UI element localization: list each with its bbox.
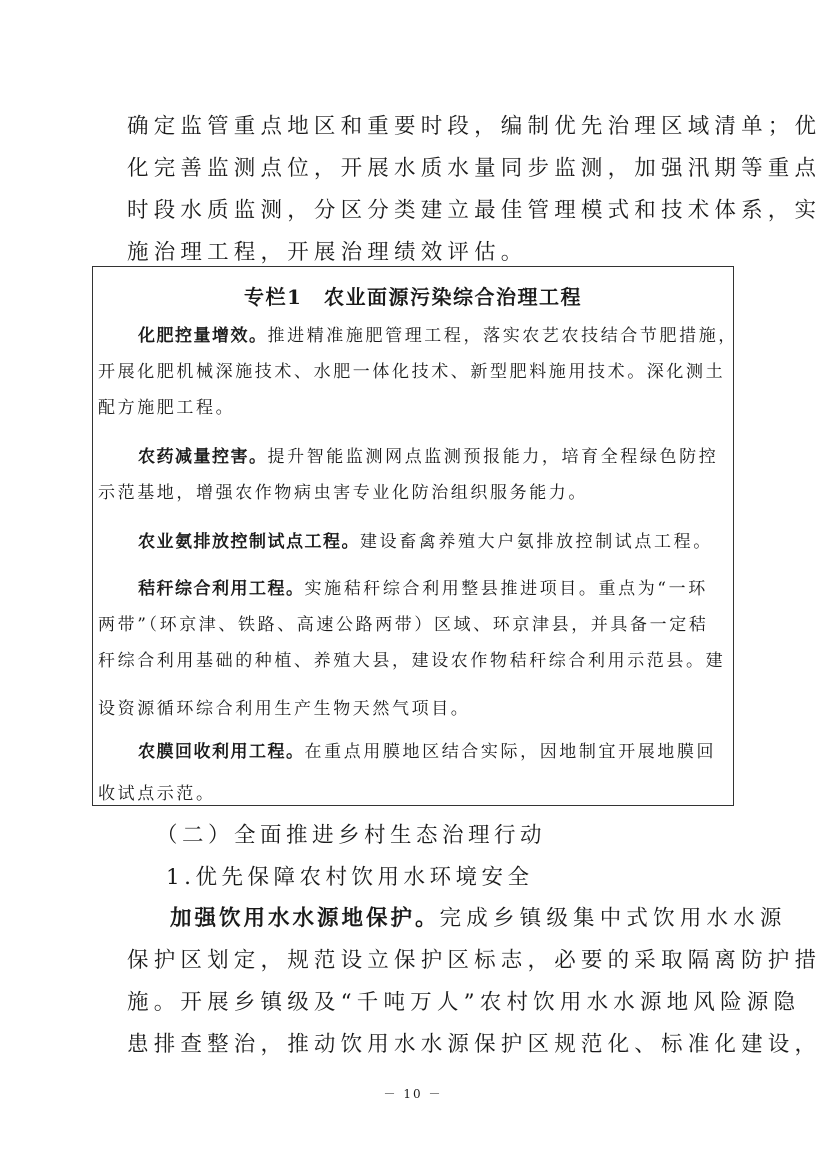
final-line-3: 施。开展乡镇级及“千吨万人”农村饮用水水源地风险源隐	[127, 989, 800, 1017]
box-item-1-heading: 化肥控量增效。	[138, 326, 268, 346]
intro-line-3: 时段水质监测，分区分类建立最佳管理模式和技术体系，实	[127, 197, 821, 225]
box-item-1-line-1: 化肥控量增效。推进精准施肥管理工程，落实农艺农技结合节肥措施，	[138, 324, 738, 348]
box-item-5-text: 在重点用膜地区结合实际，因地制宜开展地膜回	[305, 742, 717, 762]
box-item-4-text: 实施秸秆综合利用整县推进项目。重点为“一环	[305, 579, 708, 599]
final-paragraph-text: 完成乡镇级集中式饮用水水源	[440, 906, 787, 931]
final-line-1: 加强饮用水水源地保护。完成乡镇级集中式饮用水水源	[170, 905, 787, 933]
box-item-4-line-3: 秆综合利用基础的种植、养殖大县，建设农作物秸秆综合利用示范县。建	[98, 649, 725, 673]
box-item-5-line-1: 农膜回收利用工程。在重点用膜地区结合实际，因地制宜开展地膜回	[138, 740, 716, 764]
box-item-2-line-2: 示范基地，增强农作物病虫害专业化防治组织服务能力。	[98, 481, 588, 505]
box-item-5-heading: 农膜回收利用工程。	[138, 742, 305, 762]
final-line-2: 保护区划定，规范设立保护区标志，必要的采取隔离防护措	[127, 947, 821, 975]
intro-line-4: 施治理工程，开展治理绩效评估。	[127, 239, 528, 267]
box-item-4-line-4: 设资源循环综合利用生产生物天然气项目。	[98, 697, 470, 721]
box-item-1-text: 推进精准施肥管理工程，落实农艺农技结合节肥措施，	[268, 326, 738, 346]
box-item-5-line-2: 收试点示范。	[98, 782, 216, 806]
column-box-title: 专栏1 农业面源污染综合治理工程	[92, 281, 734, 310]
box-item-4-line-1: 秸秆综合利用工程。实施秸秆综合利用整县推进项目。重点为“一环	[138, 577, 708, 601]
box-item-1-line-3: 配方施肥工程。	[98, 396, 235, 420]
box-item-4-line-2: 两带”（环京津、铁路、高速公路两带）区域、环京津县，并具备一定秸	[98, 613, 708, 637]
final-paragraph-heading: 加强饮用水水源地保护。	[170, 906, 440, 931]
intro-line-1: 确定监管重点地区和重要时段，编制优先治理区域清单；优	[127, 113, 821, 141]
intro-line-2: 化完善监测点位，开展水质水量同步监测，加强汛期等重点	[127, 155, 821, 183]
box-item-3-heading: 农业氨排放控制试点工程。	[138, 532, 360, 552]
page-number: － 10 －	[0, 1085, 826, 1102]
box-item-4-heading: 秸秆综合利用工程。	[138, 579, 305, 599]
box-item-2-heading: 农药减量控害。	[138, 447, 268, 467]
box-item-3-line-1: 农业氨排放控制试点工程。建设畜禽养殖大户氨排放控制试点工程。	[138, 530, 713, 554]
box-item-1-line-2: 开展化肥机械深施技术、水肥一体化技术、新型肥料施用技术。深化测土	[98, 360, 725, 384]
section-heading: （二）全面推进乡村生态治理行动	[156, 822, 546, 850]
final-line-4: 患排查整治，推动饮用水水源保护区规范化、标准化建设，	[127, 1031, 821, 1059]
box-item-2-text: 提升智能监测网点监测预报能力，培育全程绿色防控	[268, 447, 719, 467]
box-item-3-text: 建设畜禽养殖大户氨排放控制试点工程。	[360, 532, 713, 552]
box-item-2-line-1: 农药减量控害。提升智能监测网点监测预报能力，培育全程绿色防控	[138, 445, 718, 469]
subsection-heading: 1.优先保障农村饮用水环境安全	[166, 864, 534, 892]
